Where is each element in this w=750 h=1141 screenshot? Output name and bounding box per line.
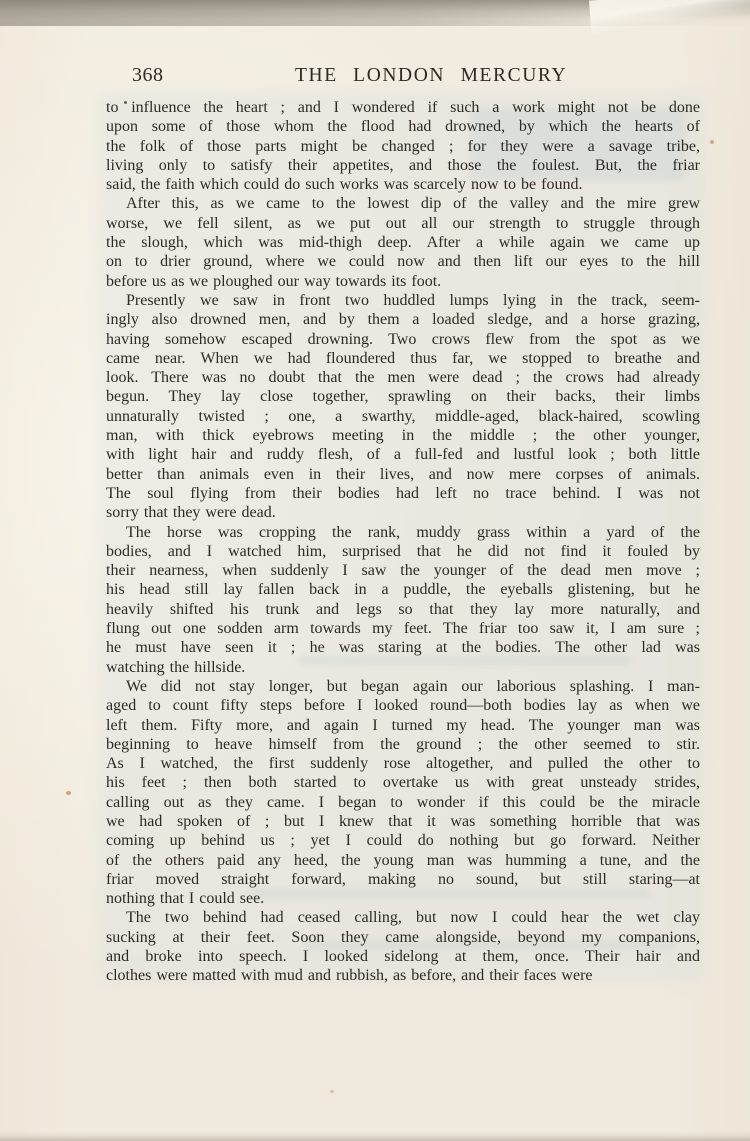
text-line: The two behind had ceased calling, but n… xyxy=(106,908,700,927)
text-line: As I watched, the first suddenly rose al… xyxy=(106,754,700,773)
text-line: unnaturally twisted ; one, a swarthy, mi… xyxy=(106,407,700,426)
text-line: sucking at their feet. Soon they came al… xyxy=(106,928,700,947)
text-line: The soul flying from their bodies had le… xyxy=(106,484,700,503)
text-line: having somehow escaped drowning. Two cro… xyxy=(106,330,700,349)
text-line: with light hair and ruddy flesh, of a fu… xyxy=(106,445,700,464)
foxing-speck xyxy=(66,791,71,795)
scan-edge-shadow-bottom xyxy=(0,1131,750,1141)
text-line: nothing that I could see. xyxy=(106,889,700,908)
text-line: of the others paid any heed, the young m… xyxy=(106,851,700,870)
text-line: his head still lay fallen back in a pudd… xyxy=(106,580,700,599)
text-line: begun. They lay close together, sprawlin… xyxy=(106,387,700,406)
text-line: man, with thick eyebrows meeting in the … xyxy=(106,426,700,445)
text-line: friar moved straight forward, making no … xyxy=(106,870,700,889)
text-line: The horse was cropping the rank, muddy g… xyxy=(106,523,700,542)
text-line: and broke into speech. I looked sidelong… xyxy=(106,947,700,966)
book-page-scan: { "page": { "number": "368", "running_ti… xyxy=(0,0,750,1141)
running-head: 368 THE LONDON MERCURY xyxy=(0,64,750,90)
text-line: clothes were matted with mud and rubbish… xyxy=(106,966,700,985)
text-line: to influence the heart ; and I wondered … xyxy=(106,98,700,117)
text-line: flung out one sodden arm towards my feet… xyxy=(106,619,700,638)
foxing-speck xyxy=(330,1090,334,1093)
text-line: watching the hillside. xyxy=(106,658,700,677)
text-line: beginning to heave himself from the grou… xyxy=(106,735,700,754)
text-line: calling out as they came. I began to won… xyxy=(106,793,700,812)
text-line: he must have seen it ; he was staring at… xyxy=(106,638,700,657)
foxing-speck xyxy=(710,140,714,144)
text-line: worse, we fell silent, as we put out all… xyxy=(106,214,700,233)
text-line: said, the faith which could do such work… xyxy=(106,175,700,194)
text-line: Presently we saw in front two huddled lu… xyxy=(106,291,700,310)
text-line: living only to satisfy their appetites, … xyxy=(106,156,700,175)
text-line: his feet ; then both started to overtake… xyxy=(106,773,700,792)
text-line: left them. Fifty more, and again I turne… xyxy=(106,716,700,735)
text-line: their nearness, when suddenly I saw the … xyxy=(106,561,700,580)
text-line: aged to count fifty steps before I looke… xyxy=(106,696,700,715)
text-line: We did not stay longer, but began again … xyxy=(106,677,700,696)
text-line: coming up behind us ; yet I could do not… xyxy=(106,831,700,850)
text-line: ingly also drowned men, and by them a lo… xyxy=(106,310,700,329)
text-line: upon some of those whom the flood had dr… xyxy=(106,117,700,136)
text-block: to influence the heart ; and I wondered … xyxy=(106,98,700,986)
running-title: THE LONDON MERCURY xyxy=(295,65,567,87)
text-line: before us as we ploughed our way towards… xyxy=(106,272,700,291)
text-line: came near. When we had floundered thus f… xyxy=(106,349,700,368)
text-line: look. There was no doubt that the men we… xyxy=(106,368,700,387)
text-line: the folk of those parts might be changed… xyxy=(106,137,700,156)
text-line: better than animals even in their lives,… xyxy=(106,465,700,484)
text-line: we had spoken of ; but I knew that it wa… xyxy=(106,812,700,831)
page-number: 368 xyxy=(132,64,164,87)
text-line: sorry that they were dead. xyxy=(106,503,700,522)
text-line: After this, as we came to the lowest dip… xyxy=(106,194,700,213)
text-line: on to drier ground, where we could now a… xyxy=(106,252,700,271)
text-line: the slough, which was mid-thigh deep. Af… xyxy=(106,233,700,252)
text-line: bodies, and I watched him, surprised tha… xyxy=(106,542,700,561)
text-line: heavily shifted his trunk and legs so th… xyxy=(106,600,700,619)
